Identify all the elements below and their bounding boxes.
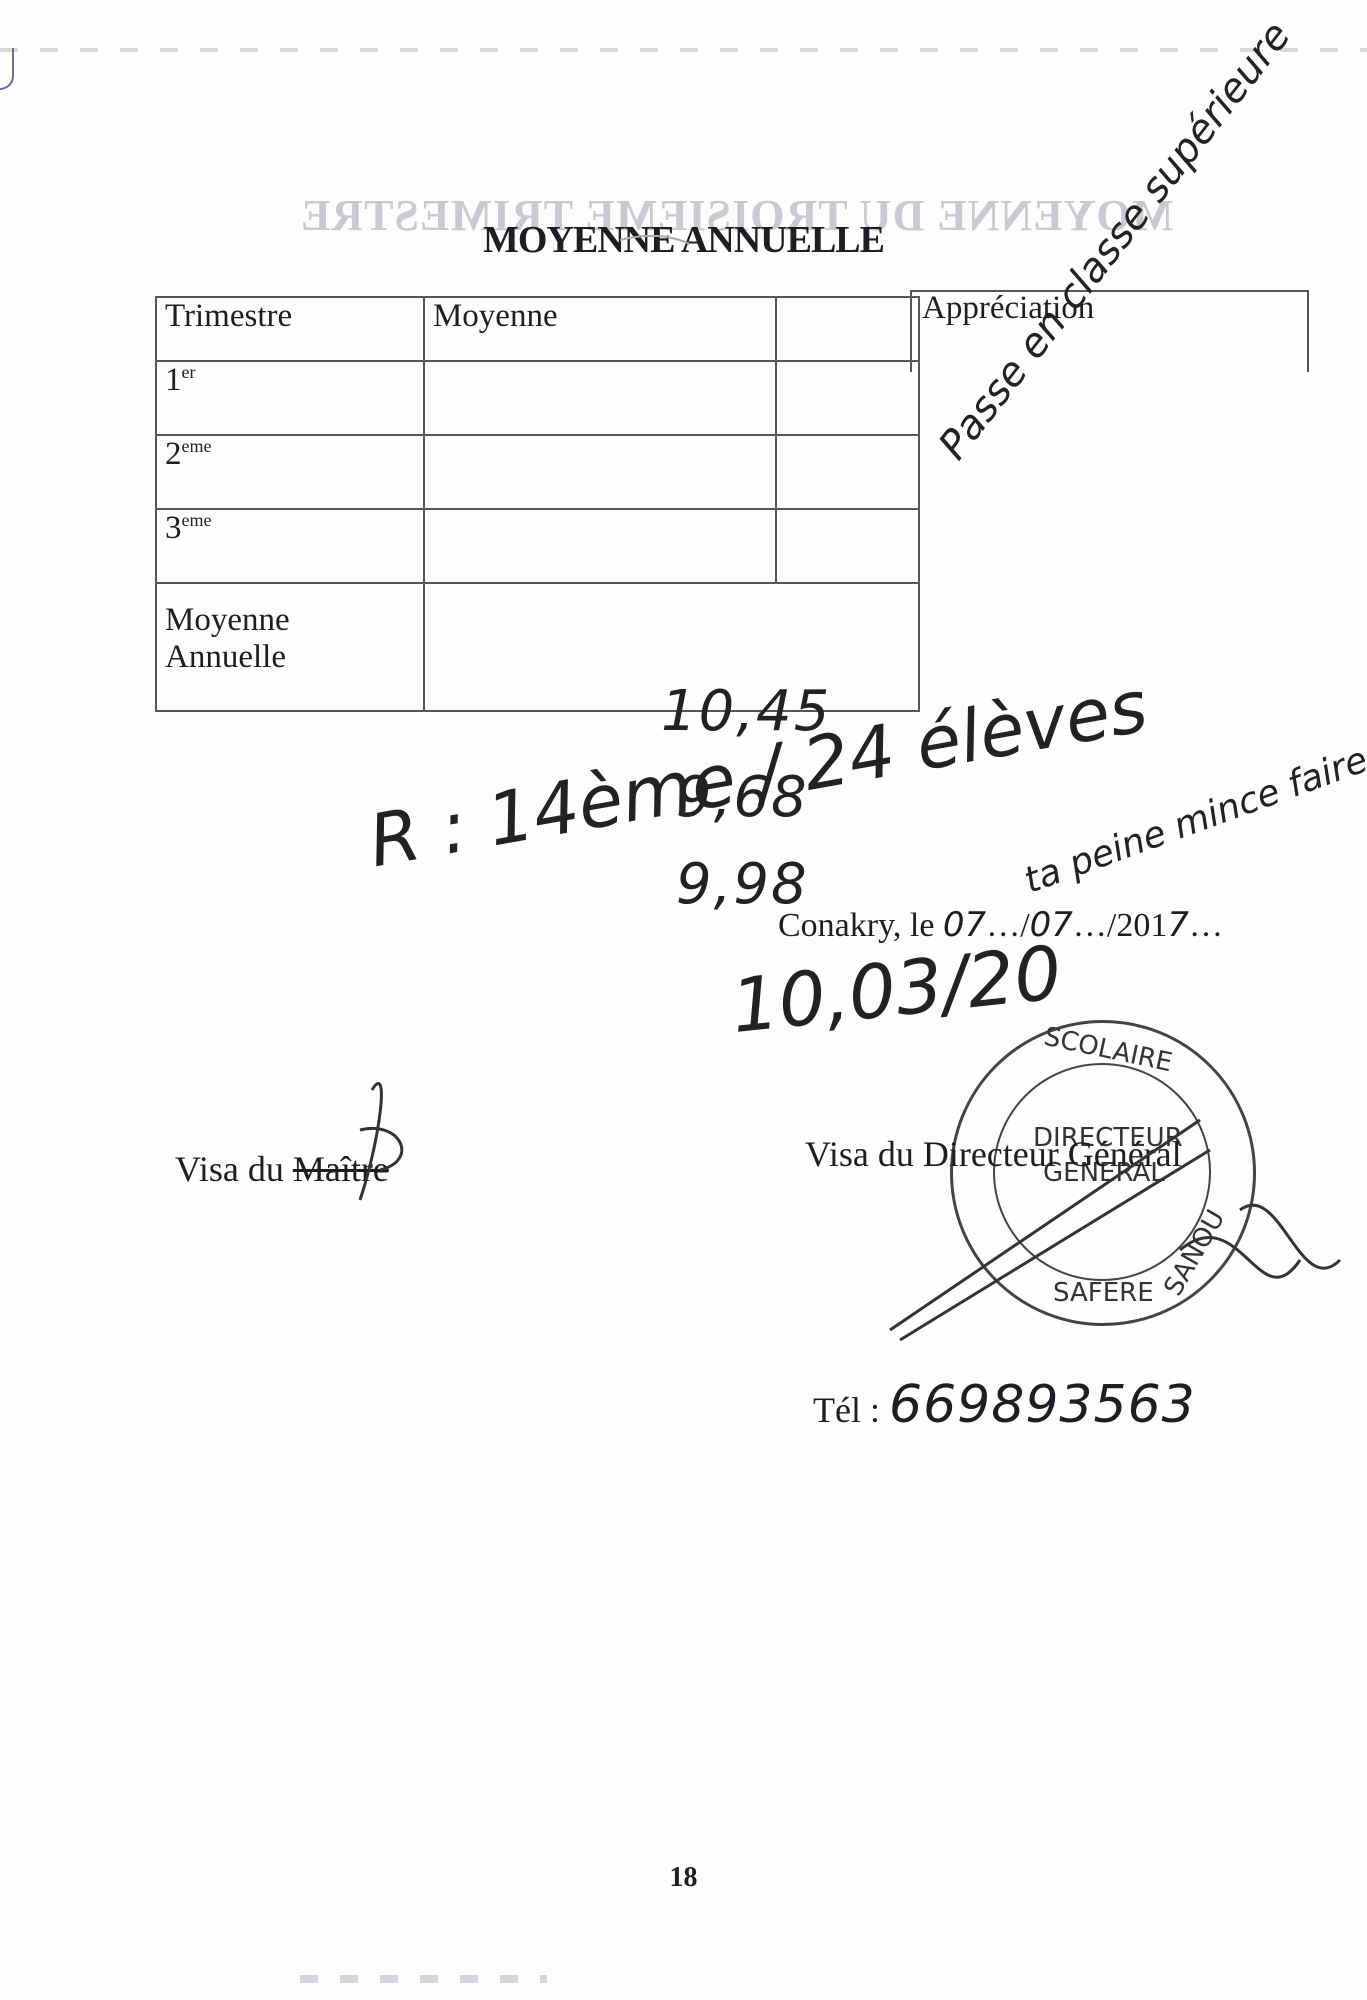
page-number: 18 bbox=[0, 1862, 1367, 1894]
signature-strokes bbox=[0, 0, 1367, 2000]
tel-value: 669893563 bbox=[889, 1375, 1196, 1435]
telephone-line: Tél : 669893563 bbox=[813, 1375, 1196, 1435]
tel-label: Tél : bbox=[813, 1390, 880, 1430]
